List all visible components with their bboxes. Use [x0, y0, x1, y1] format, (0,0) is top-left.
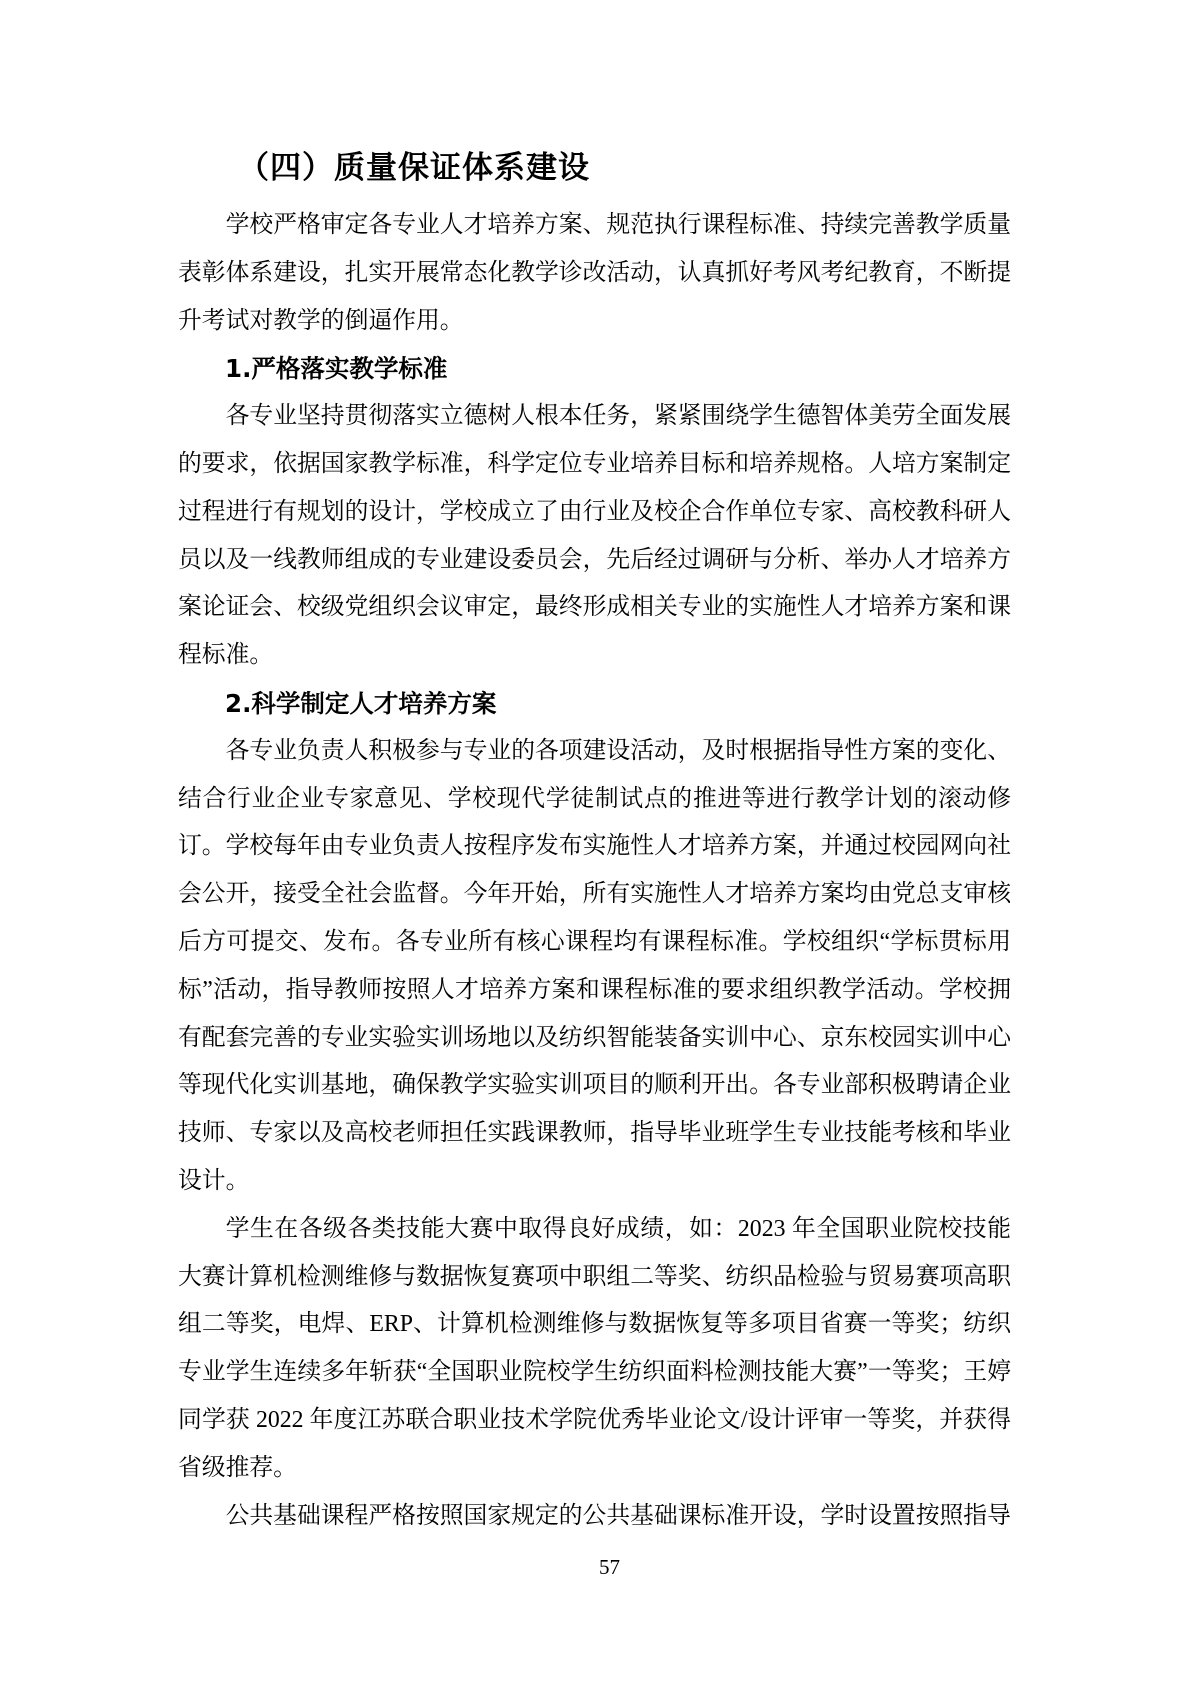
heading-talent-training-plan: 2.科学制定人才培养方案	[178, 680, 1011, 728]
paragraph-quality-overview: 学校严格审定各专业人才培养方案、规范执行课程标准、持续完善教学质量表彰体系建设，…	[178, 202, 1011, 345]
paragraph-teaching-standards: 各专业坚持贯彻落实立德树人根本任务，紧紧围绕学生德智体美劳全面发展的要求，依据国…	[178, 393, 1011, 680]
paragraph-public-basic-courses: 公共基础课程严格按照国家规定的公共基础课标准开设，学时设置按照指导	[178, 1493, 1011, 1541]
body-text: 学校严格审定各专业人才培养方案、规范执行课程标准、持续完善教学质量表彰体系建设，…	[178, 202, 1011, 1540]
page-number: 57	[0, 1552, 1191, 1582]
document-page: （四）质量保证体系建设 学校严格审定各专业人才培养方案、规范执行课程标准、持续完…	[0, 0, 1191, 1684]
heading-teaching-standards: 1.严格落实教学标准	[178, 345, 1011, 393]
page-content: （四）质量保证体系建设 学校严格审定各专业人才培养方案、规范执行课程标准、持续完…	[178, 147, 1011, 1540]
paragraph-talent-training-plan: 各专业负责人积极参与专业的各项建设活动，及时根据指导性方案的变化、结合行业企业专…	[178, 728, 1011, 1206]
paragraph-competition-results: 学生在各级各类技能大赛中取得良好成绩，如：2023 年全国职业院校技能大赛计算机…	[178, 1206, 1011, 1493]
section-title: （四）质量保证体系建设	[178, 147, 1011, 189]
